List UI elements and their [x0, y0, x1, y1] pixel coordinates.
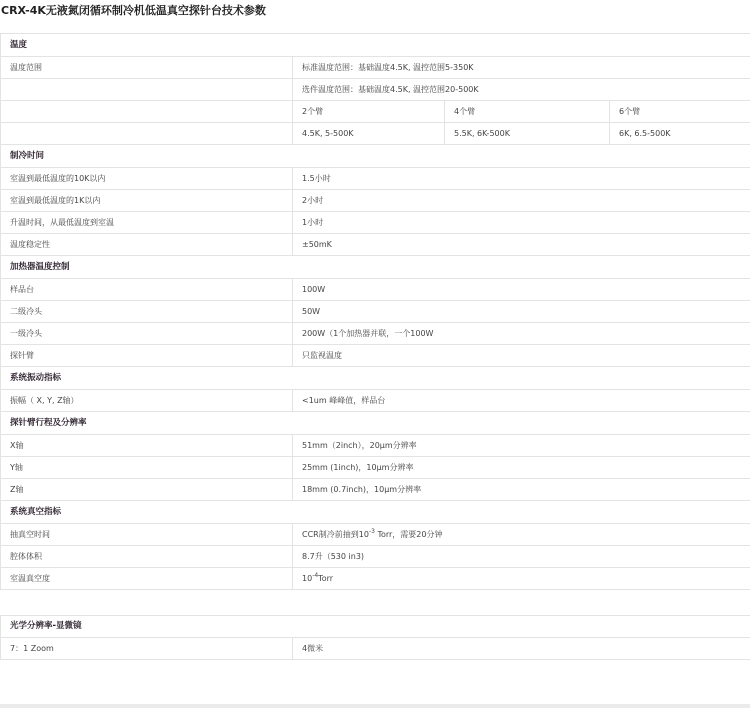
arm-temperature-value: 5.5K, 6K-500K — [445, 123, 610, 145]
rt-vacuum-value: 10-4Torr — [293, 568, 750, 590]
page-title: CRX-4K无液氮闭循环制冷机低温真空探针台技术参数 — [1, 2, 266, 18]
row-value: 1.5小时 — [293, 168, 750, 190]
row-label: 室温真空度 — [1, 568, 293, 590]
section-heading-vibration: 系统振动指标 — [1, 367, 750, 390]
section-heading-vacuum: 系统真空指标 — [1, 501, 750, 524]
section-heading-temperature: 温度 — [1, 34, 750, 57]
row-value: 18mm (0.7inch)，10μm分辨率 — [293, 479, 750, 501]
row-value: 50W — [293, 301, 750, 323]
row-label: Y轴 — [1, 457, 293, 479]
row-label: 7：1 Zoom — [1, 638, 293, 660]
row-value: 4微米 — [293, 638, 750, 660]
bottom-divider — [0, 704, 750, 708]
row-label: 二级冷头 — [1, 301, 293, 323]
temperature-standard-value: 标准温度范围：基础温度4.5K, 温控范围5-350K — [293, 57, 750, 79]
section-heading-probe-travel: 探针臂行程及分辨率 — [1, 412, 750, 435]
arm-temperature-value: 4.5K, 5-500K — [293, 123, 445, 145]
temperature-range-label: 温度范围 — [1, 57, 293, 79]
row-value: 8.7升（530 in3) — [293, 546, 750, 568]
section-heading-optics: 光学分辨率-显微镜 — [1, 616, 750, 638]
section-heading-cooling-time: 制冷时间 — [1, 145, 750, 168]
row-label: 腔体体积 — [1, 546, 293, 568]
empty-cell — [1, 101, 293, 123]
arm-count-label: 6个臂 — [610, 101, 750, 123]
optics-table: 光学分辨率-显微镜 7：1 Zoom 4微米 — [0, 615, 750, 660]
empty-cell — [1, 123, 293, 145]
row-label: 温度稳定性 — [1, 234, 293, 256]
row-label: 样品台 — [1, 279, 293, 301]
row-value: <1um 峰峰值，样品台 — [293, 390, 750, 412]
row-label: 抽真空时间 — [1, 524, 293, 546]
row-label: 升温时间，从最低温度到室温 — [1, 212, 293, 234]
row-value: ±50mK — [293, 234, 750, 256]
spec-table: 温度 温度范围 标准温度范围：基础温度4.5K, 温控范围5-350K 选件温度… — [0, 33, 750, 590]
row-value: 51mm（2inch），20μm分辨率 — [293, 435, 750, 457]
row-value: 只监视温度 — [293, 345, 750, 367]
row-label: 一级冷头 — [1, 323, 293, 345]
row-value: 200W（1个加热器并联，一个100W — [293, 323, 750, 345]
row-label: X轴 — [1, 435, 293, 457]
temperature-optional-value: 选件温度范围：基础温度4.5K, 温控范围20-500K — [293, 79, 750, 101]
section-heading-heater: 加热器温度控制 — [1, 256, 750, 279]
row-value: 1小时 — [293, 212, 750, 234]
arm-count-label: 2个臂 — [293, 101, 445, 123]
row-label: 振幅（ X, Y, Z轴） — [1, 390, 293, 412]
empty-cell — [1, 79, 293, 101]
row-label: Z轴 — [1, 479, 293, 501]
row-label: 探针臂 — [1, 345, 293, 367]
arm-temperature-value: 6K, 6.5-500K — [610, 123, 750, 145]
pump-time-value: CCR制冷前抽到10-3 Torr，需要20分钟 — [293, 524, 750, 546]
row-label: 室温到最低温度的1K以内 — [1, 190, 293, 212]
row-label: 室温到最低温度的10K以内 — [1, 168, 293, 190]
row-value: 100W — [293, 279, 750, 301]
row-value: 25mm (1inch)，10μm分辨率 — [293, 457, 750, 479]
arm-count-label: 4个臂 — [445, 101, 610, 123]
row-value: 2小时 — [293, 190, 750, 212]
